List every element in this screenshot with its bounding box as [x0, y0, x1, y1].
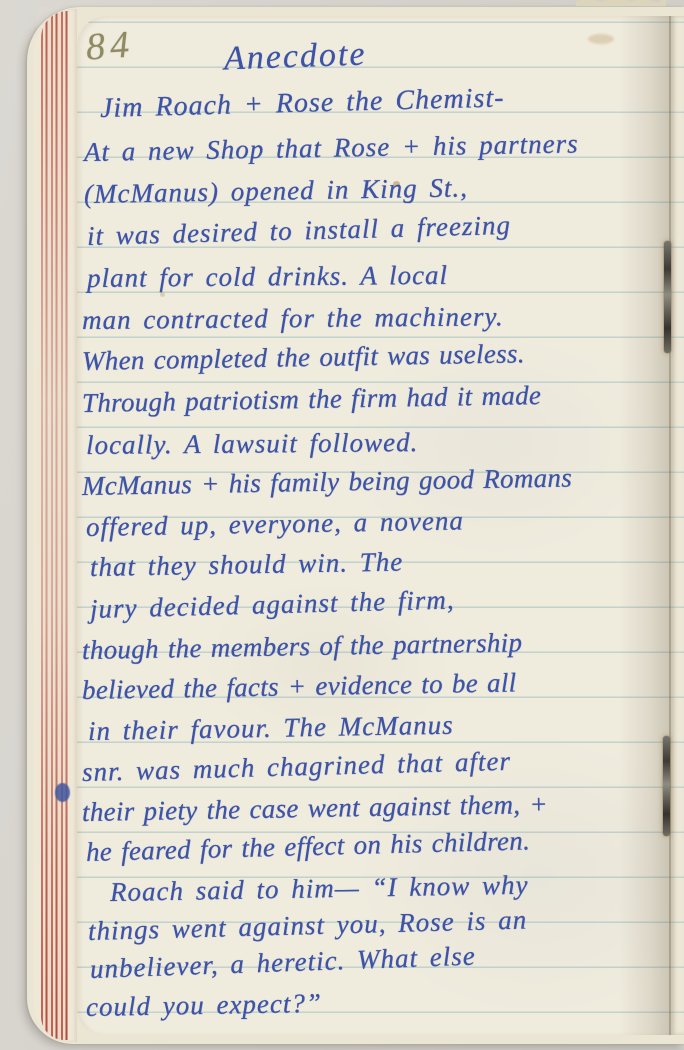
handwritten-line: offered up, everyone, a novena — [86, 505, 464, 543]
paper-stain — [588, 34, 614, 44]
handwritten-line: plant for cold drinks. A local — [87, 260, 448, 294]
page-title: Anecdote — [223, 36, 367, 79]
page-number: 84 — [85, 22, 136, 69]
staple-top — [664, 241, 671, 353]
handwritten-line: could you expect?” — [86, 988, 322, 1023]
red-edge-fade — [37, 7, 71, 1044]
torn-paper-remnant — [576, 0, 666, 6]
gutter-shadow — [619, 16, 671, 1035]
facing-page-edge — [671, 16, 684, 1035]
ink-blot — [55, 783, 70, 802]
handwritten-line: man contracted for the machinery. — [82, 301, 504, 336]
handwritten-line: that they should win. The — [90, 547, 404, 583]
staple-bottom — [663, 736, 670, 836]
handwritten-line: in their favour. The McManus — [88, 710, 454, 747]
handwritten-line: locally. A lawsuit followed. — [86, 427, 419, 461]
scanned-notebook-photo: 84 Anecdote Jim Roach + Rose the Chemist… — [0, 0, 684, 1050]
